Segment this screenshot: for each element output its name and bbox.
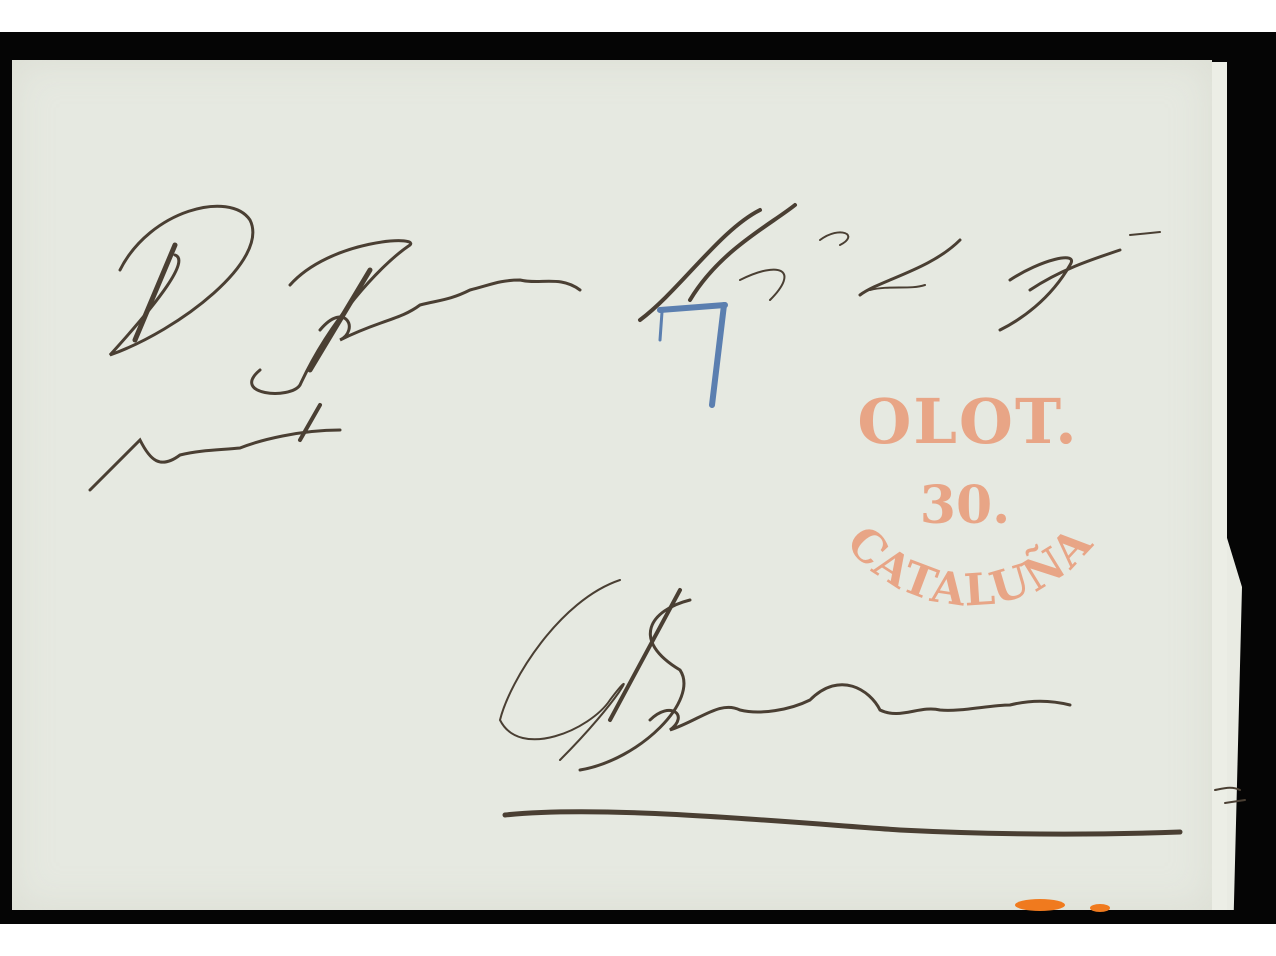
olot-postmark: OLOT. 30. CATALUÑA: [800, 385, 1140, 615]
seal-wax-residue: [1015, 899, 1110, 912]
rating-mark-7: [660, 305, 725, 405]
postmark-region-arc: CATALUÑA: [800, 385, 1140, 615]
svg-text:CATALUÑA: CATALUÑA: [837, 516, 1104, 615]
